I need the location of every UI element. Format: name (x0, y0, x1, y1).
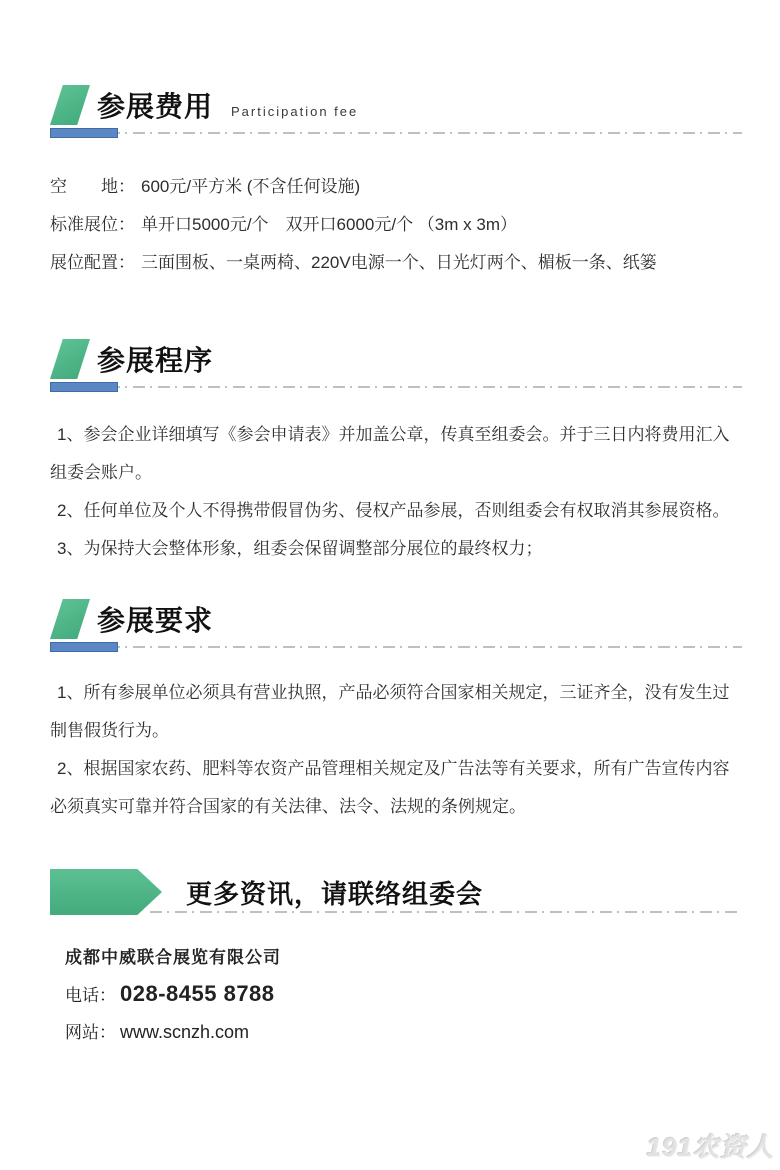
arrow-right-icon (50, 869, 162, 915)
list-item: 2、根据国家农药、肥料等农资产品管理相关规定及广告法等有关要求，所有广告宣传内容… (50, 750, 742, 826)
section-subtitle: Participation fee (231, 104, 358, 119)
contact-phone-row: 电话： 028-8455 8788 (65, 976, 742, 1014)
section-marker-icon (50, 339, 90, 379)
watermark: 191农资人 (647, 1127, 774, 1164)
blue-accent-bar (50, 382, 118, 392)
fee-label: 标准展位： (50, 206, 135, 244)
section-title: 参展要求 (97, 599, 213, 639)
fee-row-standard-booth: 标准展位： 单开口5000元/个 双开口6000元/个 （3m x 3m） (50, 206, 742, 244)
banner-title: 更多资讯，请联络组委会 (186, 874, 483, 911)
list-item: 1、参会企业详细填写《参会申请表》并加盖公章，传真至组委会。并于三日内将费用汇入… (50, 416, 742, 492)
fee-value: 三面围板、一桌两椅、220V电源一个、日光灯两个、楣板一条、纸篓 (141, 244, 657, 282)
fee-value: 600元/平方米 (不含任何设施) (141, 168, 360, 206)
dashed-line (58, 132, 742, 134)
fee-label: 展位配置： (50, 244, 135, 282)
list-item: 1、所有参展单位必须具有营业执照，产品必须符合国家相关规定，三证齐全，没有发生过… (50, 674, 742, 750)
list-item: 2、任何单位及个人不得携带假冒伪劣、侵权产品参展，否则组委会有权取消其参展资格。 (50, 492, 742, 530)
dashed-line (150, 911, 742, 913)
section-divider (50, 128, 742, 140)
section-procedure-header: 参展程序 (50, 338, 742, 380)
section-requirements-header: 参展要求 (50, 598, 742, 640)
contact-company-row: 成都中威联合展览有限公司 (65, 940, 742, 976)
section-title: 参展程序 (97, 339, 213, 379)
document-page: 参展费用 Participation fee 空 地： 600元/平方米 (不含… (0, 0, 780, 1170)
contact-info: 成都中威联合展览有限公司 电话： 028-8455 8788 网站： www.s… (65, 940, 742, 1051)
phone-label: 电话： (65, 978, 116, 1014)
fee-value: 单开口5000元/个 双开口6000元/个 （3m x 3m） (141, 206, 517, 244)
blue-accent-bar (50, 128, 118, 138)
section-marker-icon (50, 599, 90, 639)
section-fees: 参展费用 Participation fee 空 地： 600元/平方米 (不含… (50, 84, 742, 282)
contact-banner: 更多资讯，请联络组委会 (50, 868, 742, 916)
list-item: 3、为保持大会整体形象，组委会保留调整部分展位的最终权力； (50, 530, 742, 568)
dashed-line (58, 646, 742, 648)
fee-table: 空 地： 600元/平方米 (不含任何设施) 标准展位： 单开口5000元/个 … (50, 168, 742, 282)
section-divider (50, 382, 742, 394)
blue-accent-bar (50, 642, 118, 652)
section-divider (50, 642, 742, 654)
contact-website-row: 网站： www.scnzh.com (65, 1014, 742, 1051)
procedure-list: 1、参会企业详细填写《参会申请表》并加盖公章，传真至组委会。并于三日内将费用汇入… (50, 416, 742, 568)
section-requirements: 参展要求 1、所有参展单位必须具有营业执照，产品必须符合国家相关规定，三证齐全，… (50, 598, 742, 826)
dashed-line (58, 386, 742, 388)
section-title: 参展费用 (97, 85, 213, 125)
section-marker-icon (50, 85, 90, 125)
section-fees-header: 参展费用 Participation fee (50, 84, 742, 126)
company-name: 成都中威联合展览有限公司 (65, 940, 281, 976)
website-label: 网站： (65, 1015, 116, 1051)
requirements-list: 1、所有参展单位必须具有营业执照，产品必须符合国家相关规定，三证齐全，没有发生过… (50, 674, 742, 826)
website-url: www.scnzh.com (120, 1014, 249, 1050)
phone-number: 028-8455 8788 (120, 976, 275, 1012)
fee-row-booth-config: 展位配置： 三面围板、一桌两椅、220V电源一个、日光灯两个、楣板一条、纸篓 (50, 244, 742, 282)
section-procedure: 参展程序 1、参会企业详细填写《参会申请表》并加盖公章，传真至组委会。并于三日内… (50, 338, 742, 568)
fee-label: 空 地： (50, 168, 135, 206)
fee-row-open-space: 空 地： 600元/平方米 (不含任何设施) (50, 168, 742, 206)
